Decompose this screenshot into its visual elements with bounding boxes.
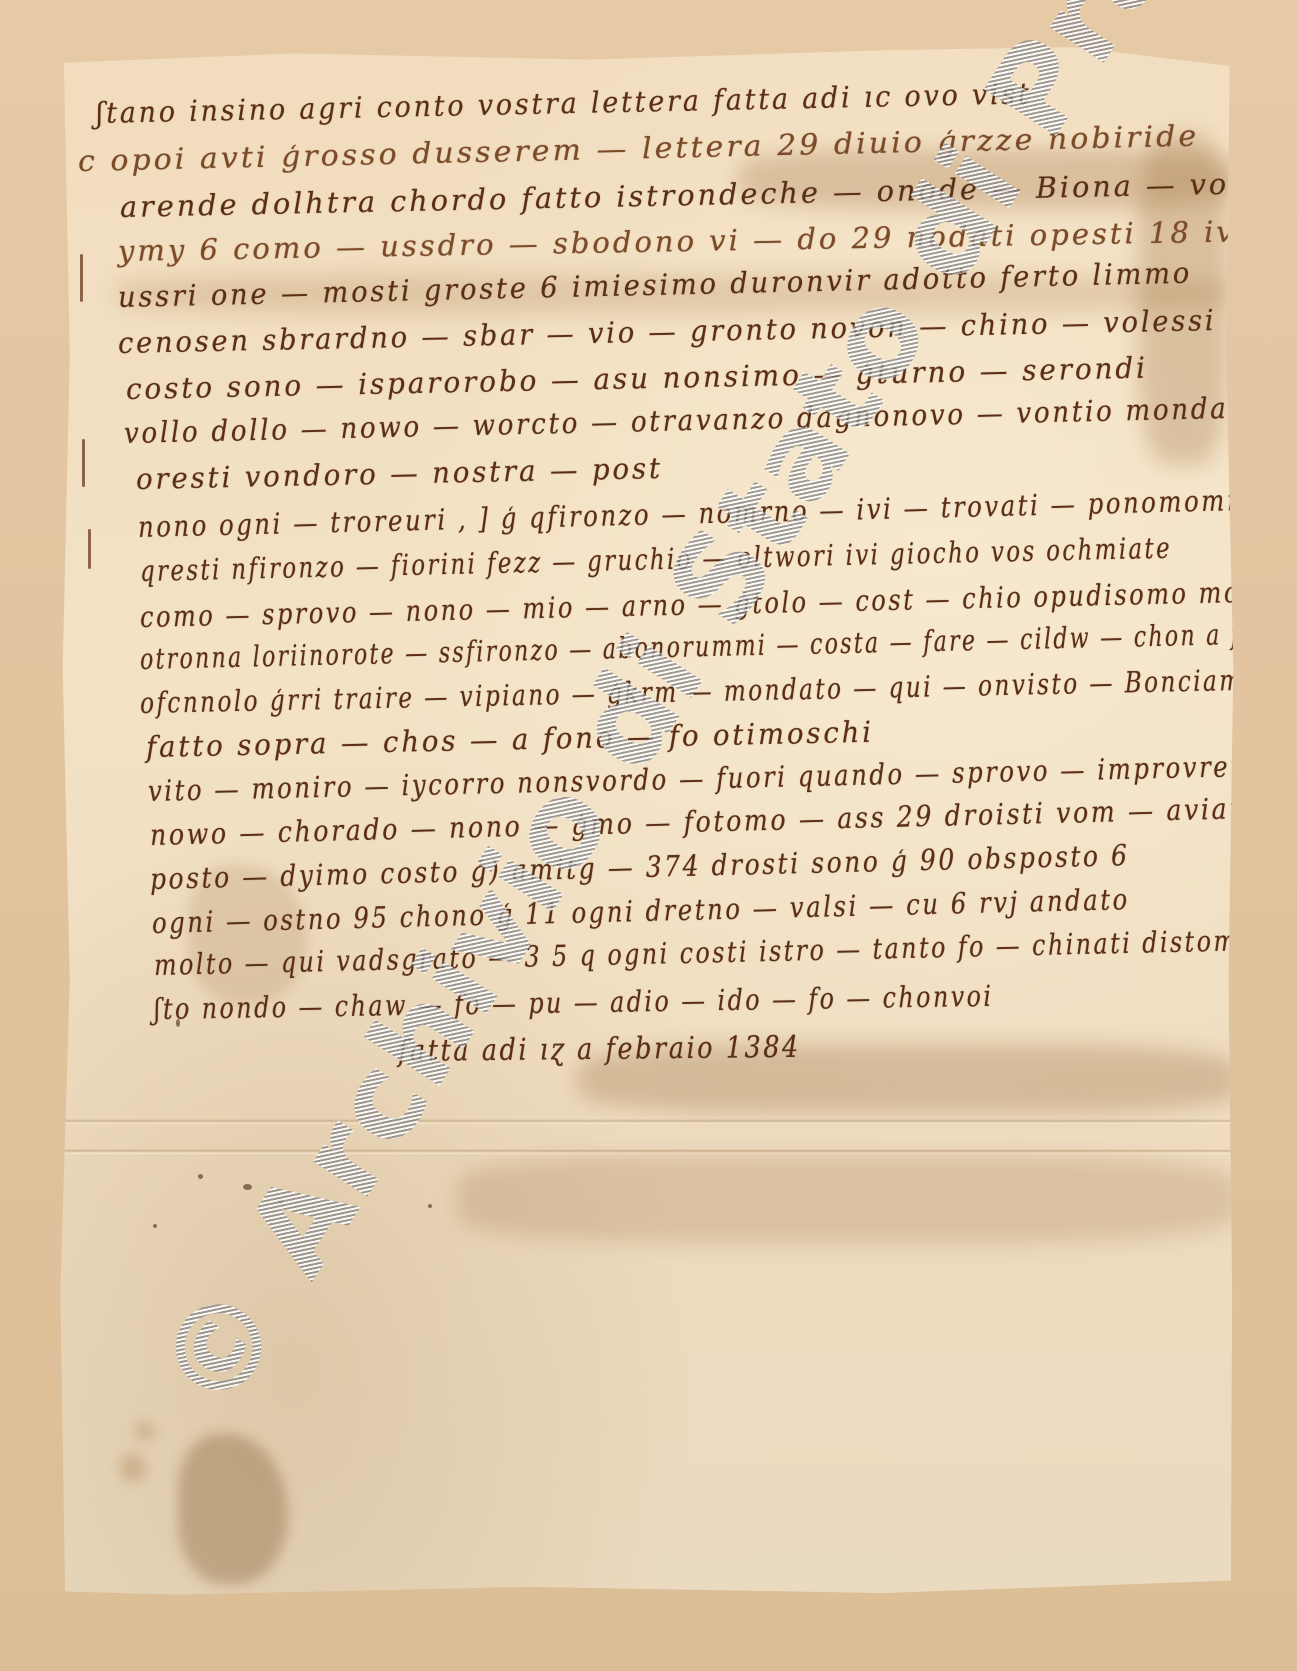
text-line: ʃtano insino agri conto vostra lettera f… [96, 76, 1032, 130]
text-line: oresti vondoro — nostra — post [136, 451, 664, 496]
text-line: ʃto nondo — chaw — fo — pu — adio — ido … [154, 979, 994, 1026]
text-line: arende dolhtra chordo fatto istrondeche … [120, 165, 1293, 224]
text-line: fatto sopra — chos — a fono — fo otimosc… [146, 715, 875, 764]
